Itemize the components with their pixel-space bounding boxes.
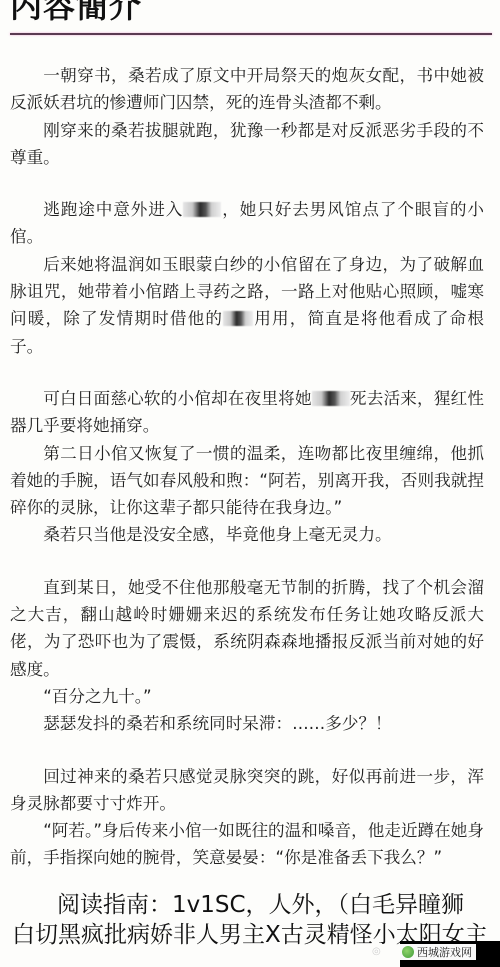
synopsis-paragraph: 一朝穿书，桑若成了原文中开局祭天的炮灰女配，书中她被反派妖君坑的惨遭师门囚禁，死… [10,62,484,117]
synopsis-paragraph: 回过神来的桑若只感觉灵脉突突的跳，好似再前进一步，浑身灵脉都要寸寸炸开。 [10,763,484,818]
title-divider [10,33,492,35]
censored-blur [223,311,253,326]
site-watermark: 西城游戏网 [400,944,476,960]
weibo-icon: ◎ [372,946,394,958]
synopsis-paragraph: 刚穿来的桑若拔腿就跑，犹豫一秒都是对反派恶劣手段的不尊重。 [10,117,484,172]
synopsis-paragraph: 第二日小倌又恢复了一惯的温柔，连吻都比夜里缠绵，他抓着她的手腕，语气如春风般和煦… [10,440,484,522]
synopsis-paragraph: 直到某日，她受不住他那般毫无节制的折腾，找了个机会溜之大吉，翻山越岭时姗姗来迟的… [10,574,484,683]
watermark-site-name: 西城游戏网 [417,944,472,960]
synopsis-paragraph: 瑟瑟发抖的桑若和系统同时呆滞：……多少？！ [10,710,484,737]
synopsis-paragraph: “百分之九十。” [10,683,484,710]
reading-guide-line-1: 阅读指南：1v1SC，人外，（白毛异瞳狮 [0,890,500,920]
text-segment: 可白日面慈心软的小倌却在夜里将她 [43,389,312,408]
page-title: 内容簡介 [10,0,142,26]
synopsis-body: 一朝穿书，桑若成了原文中开局祭天的炮灰女配，书中她被反派妖君坑的惨遭师门囚禁，死… [10,62,484,872]
synopsis-paragraph: 逃跑途中意外进入，她只好去男风馆点了个眼盲的小倌。 [10,196,484,251]
leaf-logo-icon [402,946,414,958]
censored-blur [183,202,221,217]
synopsis-paragraph: 可白日面慈心软的小倌却在夜里将她死去活来，猩红性器几乎要将她捅穿。 [10,385,484,440]
synopsis-paragraph: “阿若。”身后传来小倌一如既往的温和嗓音，他走近蹲在她身前，手指探向她的腕骨，笑… [10,817,484,872]
paragraph-gap [10,171,484,196]
censored-blur [312,391,350,406]
paragraph-gap [10,360,484,385]
paragraph-gap [10,738,484,763]
paragraph-gap [10,549,484,574]
text-segment: 逃跑途中意外进入 [43,200,183,219]
synopsis-paragraph: 后来她将温润如玉眼蒙白纱的小倌留在了身边，为了破解血脉诅咒，她带着小倌踏上寻药之… [10,251,484,360]
synopsis-paragraph: 桑若只当他是没安全感，毕竟他身上毫无灵力。 [10,521,484,548]
